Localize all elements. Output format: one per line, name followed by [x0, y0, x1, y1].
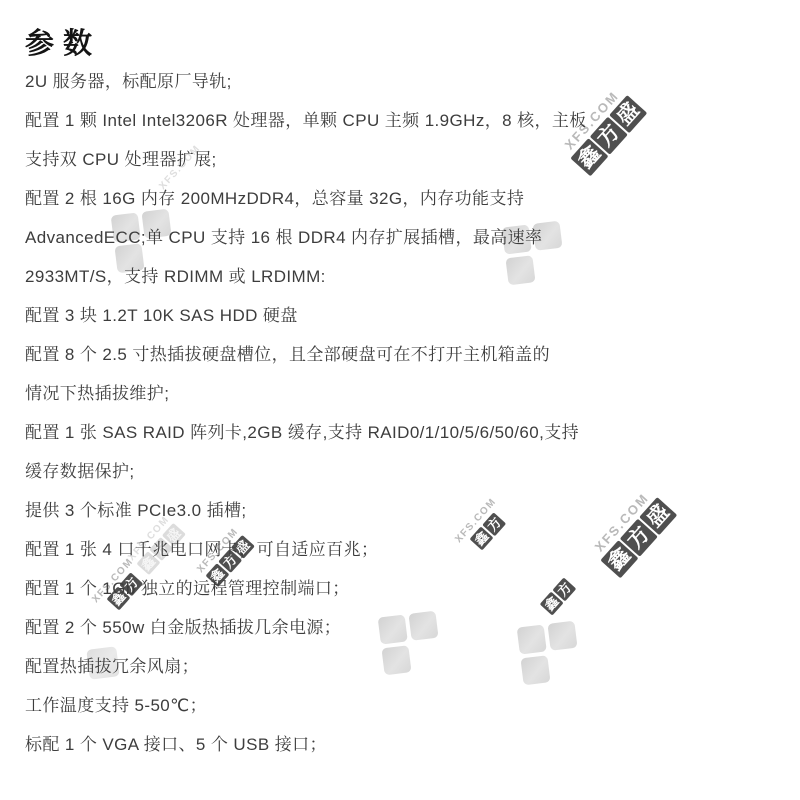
spec-line: 支持双 CPU 处理器扩展;: [25, 140, 725, 179]
spec-line: 2U 服务器，标配原厂导轨;: [25, 62, 725, 101]
spec-line: 配置 3 块 1.2T 10K SAS HDD 硬盘: [25, 296, 725, 335]
spec-line: AdvancedECC;单 CPU 支持 16 根 DDR4 内存扩展插槽，最高…: [25, 218, 725, 257]
spec-line: 配置 1 张 4 口千兆电口网卡，可自适应百兆；: [25, 530, 725, 569]
spec-line: 配置热插拔冗余风扇；: [25, 647, 725, 686]
page-title: 参数: [25, 21, 101, 62]
spec-line: 提供 3 个标准 PCIe3.0 插槽;: [25, 491, 725, 530]
spec-list: 2U 服务器，标配原厂导轨; 配置 1 颗 Intel Intel3206R 处…: [25, 62, 725, 764]
spec-line: 配置 2 个 550w 白金版热插拔几余电源；: [25, 608, 725, 647]
spec-line: 2933MT/S，支持 RDIMM 或 LRDIMM:: [25, 257, 725, 296]
spec-line: 工作温度支持 5-50℃；: [25, 686, 725, 725]
spec-line: 配置 1 个 1Gb 独立的远程管理控制端口；: [25, 569, 725, 608]
spec-line: 配置 8 个 2.5 寸热插拔硬盘槽位，且全部硬盘可在不打开主机箱盖的: [25, 335, 725, 374]
spec-line: 配置 1 张 SAS RAID 阵列卡,2GB 缓存,支持 RAID0/1/10…: [25, 413, 725, 452]
spec-line: 标配 1 个 VGA 接口、5 个 USB 接口；: [25, 725, 725, 764]
spec-line: 缓存数据保护;: [25, 452, 725, 491]
spec-line: 情况下热插拔维护;: [25, 374, 725, 413]
spec-line: 配置 2 根 16G 内存 200MHzDDR4，总容量 32G，内存功能支持: [25, 179, 725, 218]
document-page: XFS.COM 鑫 方 盛 XFS.COM XFS.COM 鑫 方 盛: [0, 0, 800, 800]
spec-line: 配置 1 颗 Intel Intel3206R 处理器，单颗 CPU 主频 1.…: [25, 101, 725, 140]
